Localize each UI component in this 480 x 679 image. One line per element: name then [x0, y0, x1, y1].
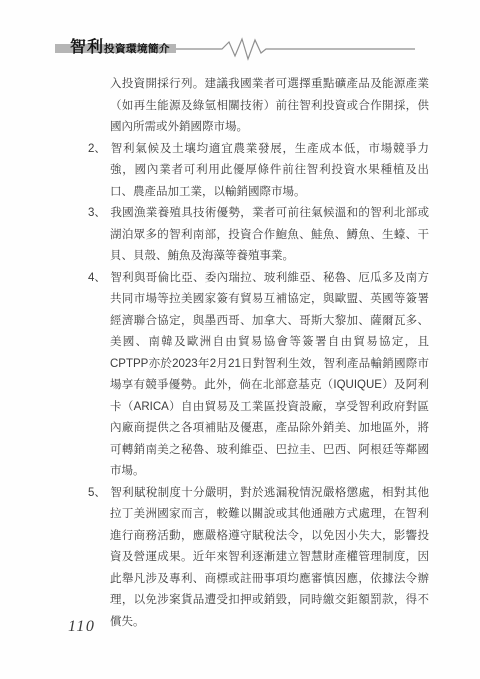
paragraph-intro-continuation: 入投資開採行列。建議我國業者可選擇重點礦產品及能源產業（如再生能源及綠氫相關技術… — [88, 74, 429, 139]
item-text: 我國漁業養殖具技術優勢，業者可前往氣候溫和的智利北部或湖泊眾多的智利南部，投資合… — [110, 207, 429, 262]
item-number: 2、 — [88, 139, 110, 161]
item-text: 智利賦稅制度十分嚴明，對於逃漏稅情況嚴格懲處，相對其他拉丁美洲國家而言，較難以關… — [110, 487, 429, 628]
item-text: 智利與哥倫比亞、委內瑞拉、玻利維亞、秘魯、厄瓜多及南方共同市場等拉美國家簽有貿易… — [110, 272, 429, 478]
item-number: 4、 — [88, 268, 110, 290]
list-item-2: 2、智利氣候及土壤均適宜農業發展，生產成本低，市場競爭力強，國內業者可利用此優厚… — [88, 139, 429, 204]
title-sub: 投資環境簡介 — [104, 43, 170, 55]
list-item-3: 3、我國漁業養殖具技術優勢，業者可前往氣候溫和的智利北部或湖泊眾多的智利南部，投… — [88, 203, 429, 268]
item-text: 智利氣候及土壤均適宜農業發展，生產成本低，市場競爭力強，國內業者可利用此優厚條件… — [110, 143, 429, 198]
item-number: 3、 — [88, 203, 110, 225]
item-number: 5、 — [88, 483, 110, 505]
title-main: 智利 — [70, 39, 104, 56]
page-title: 智利投資環境簡介 — [70, 34, 170, 57]
pulse-line-icon — [176, 36, 416, 62]
list-item-5: 5、智利賦稅制度十分嚴明，對於逃漏稅情況嚴格懲處，相對其他拉丁美洲國家而言，較難… — [88, 483, 429, 634]
list-item-4: 4、智利與哥倫比亞、委內瑞拉、玻利維亞、秘魯、厄瓜多及南方共同市場等拉美國家簽有… — [88, 268, 429, 483]
document-page: 智利投資環境簡介 入投資開採行列。建議我國業者可選擇重點礦產品及能源產業（如再生… — [0, 0, 480, 679]
page-number: 110 — [68, 618, 95, 636]
document-body: 入投資開採行列。建議我國業者可選擇重點礦產品及能源產業（如再生能源及綠氫相關技術… — [88, 74, 429, 633]
